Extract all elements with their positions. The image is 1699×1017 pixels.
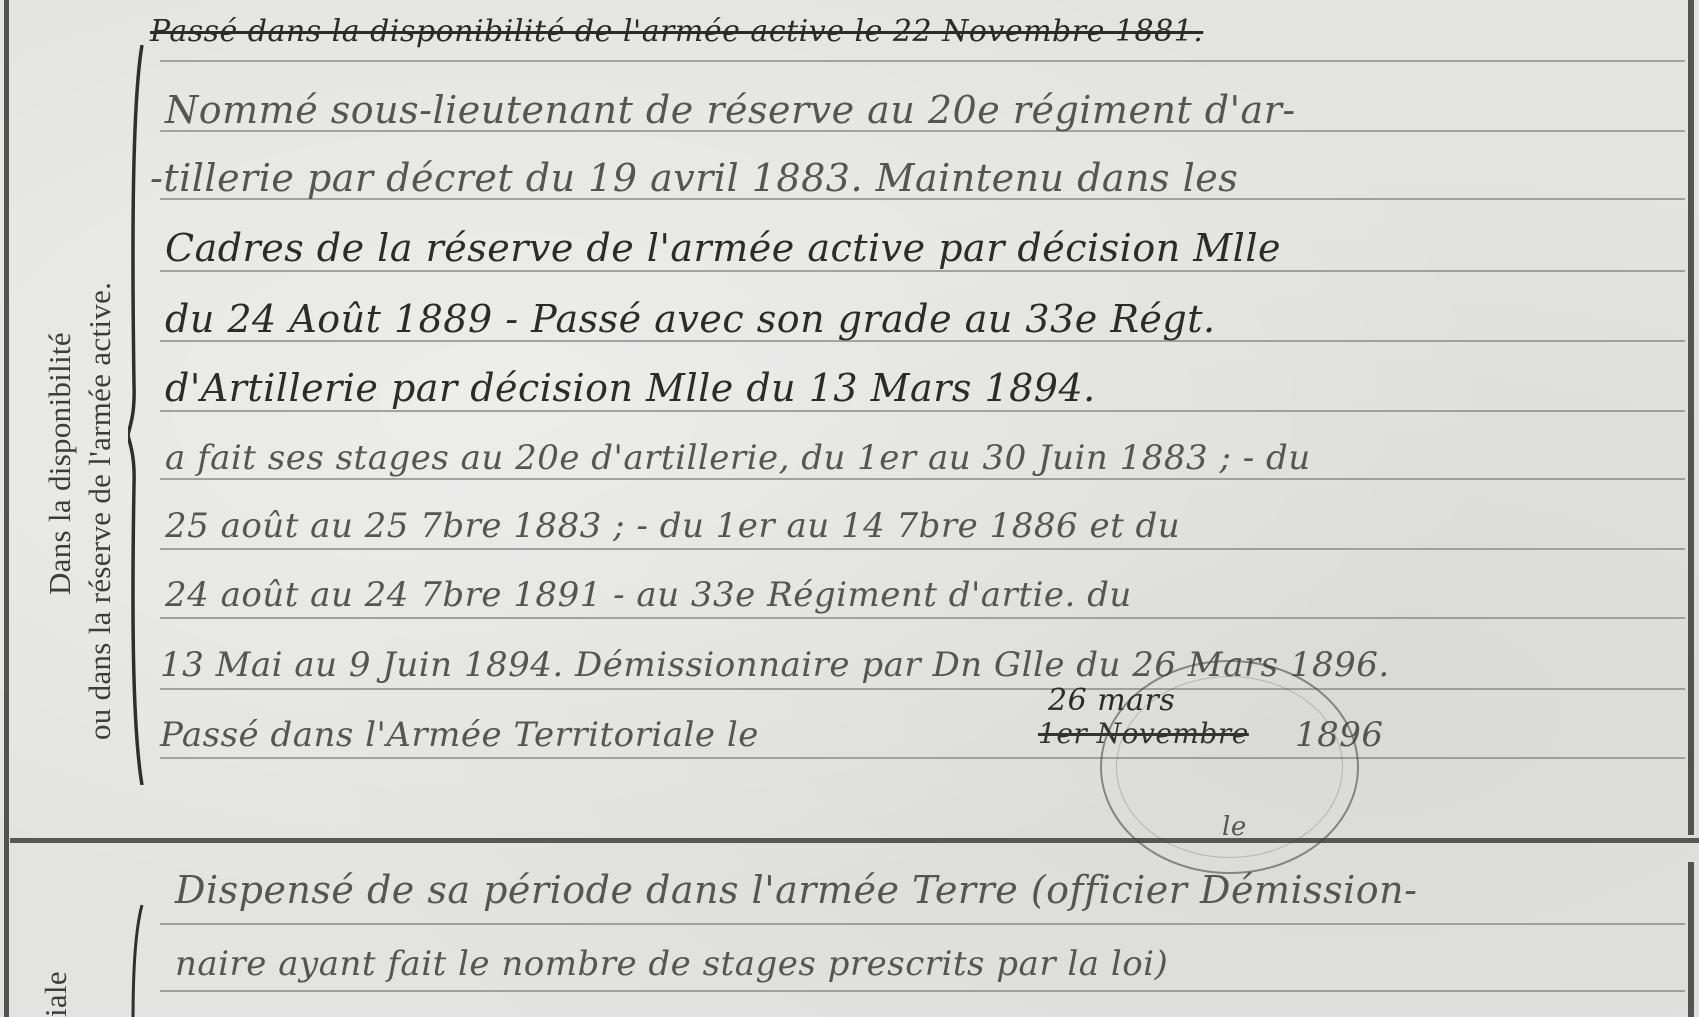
ruled-line	[160, 923, 1685, 925]
entry-line-3: Cadres de la réserve de l'armée active p…	[165, 226, 1281, 270]
ruled-line	[160, 990, 1685, 992]
column-right-border-lower	[1688, 862, 1694, 1017]
entry-line-7: 25 août au 25 7bre 1883 ; - du 1er au 14…	[165, 506, 1180, 546]
register-page: Dans la disponibilité ou dans la réserve…	[0, 0, 1699, 1017]
struck-entry: Passé dans la disponibilité de l'armée a…	[150, 14, 1203, 49]
ink-stamp: le	[1100, 660, 1359, 874]
entry-line-1: Nommé sous-lieutenant de réserve au 20e …	[165, 88, 1296, 132]
entry-line-8: 24 août au 24 7bre 1891 - au 33e Régimen…	[165, 575, 1132, 615]
ruled-line	[160, 688, 1685, 690]
ruled-line	[160, 617, 1685, 619]
entry-line-2: -tillerie par décret du 19 avril 1883. M…	[150, 156, 1238, 200]
section-label-territoriale-fragment: iale	[38, 971, 74, 1017]
entry-line-10: Passé dans l'Armée Territoriale le	[160, 715, 759, 755]
stamp-text: le	[1222, 812, 1247, 842]
column-right-border-upper	[1688, 0, 1694, 835]
ruled-line	[160, 548, 1685, 550]
lower-entry-line-1: Dispensé de sa période dans l'armée Terr…	[175, 868, 1417, 912]
section-label-disponibilite: Dans la disponibilité	[42, 332, 78, 595]
entry-line-5: d'Artillerie par décision Mlle du 13 Mar…	[165, 366, 1096, 410]
entry-line-4: du 24 Août 1889 - Passé avec son grade a…	[165, 297, 1216, 341]
lower-entry-line-2: naire ayant fait le nombre de stages pre…	[175, 944, 1168, 984]
section-divider	[10, 838, 1699, 843]
ruled-line	[160, 757, 1685, 759]
ruled-line	[160, 270, 1685, 272]
ruled-line	[160, 60, 1685, 62]
brace-icon	[128, 45, 146, 785]
ruled-line	[160, 410, 1685, 412]
ruled-line	[160, 478, 1685, 480]
brace-icon	[130, 905, 144, 1017]
entry-line-6: a fait ses stages au 20e d'artillerie, d…	[165, 438, 1311, 478]
page-left-border	[4, 0, 9, 1017]
section-label-reserve: ou dans la réserve de l'armée active.	[82, 282, 118, 740]
